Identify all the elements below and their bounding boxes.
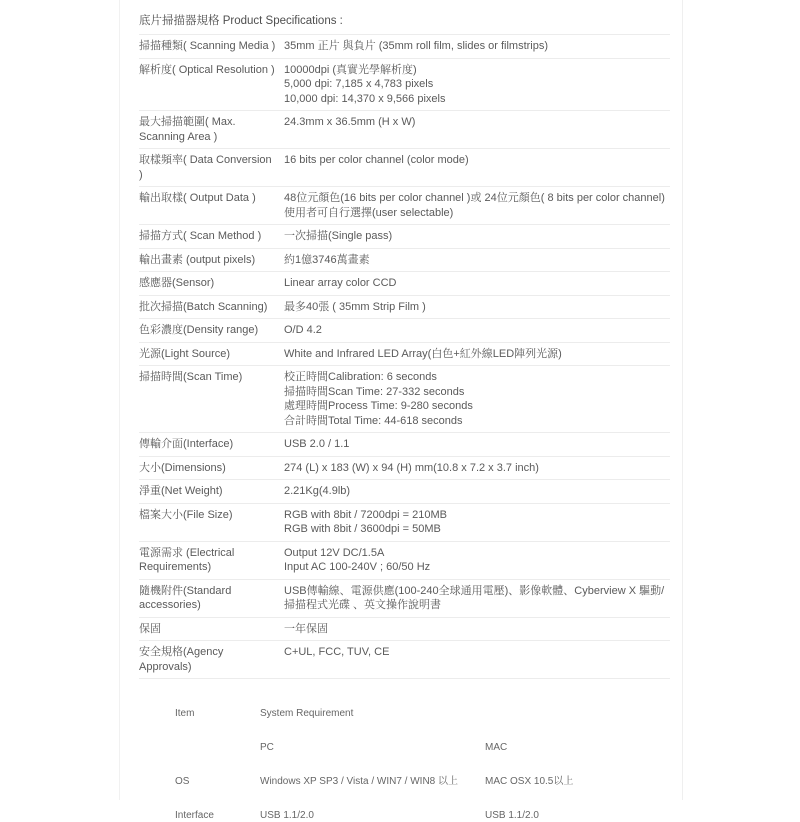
- sysreq-row: Item System Requirement: [139, 707, 670, 720]
- spec-label: 電源需求 (Electrical Requirements): [139, 546, 284, 575]
- spec-value: Linear array color CCD: [284, 276, 670, 291]
- spec-label: 掃描方式( Scan Method ): [139, 229, 284, 244]
- spec-value: Output 12V DC/1.5A Input AC 100-240V ; 6…: [284, 546, 670, 575]
- sysreq-cell-pc: Windows XP SP3 / Vista / WIN7 / WIN8 以上: [260, 775, 485, 788]
- spec-row: 掃描種類( Scanning Media ) 35mm 正片 與負片 (35mm…: [139, 35, 670, 59]
- spec-value: 一年保固: [284, 622, 670, 637]
- spec-row: 感應器(Sensor) Linear array color CCD: [139, 272, 670, 296]
- spec-value: USB傳輸線、電源供應(100-240全球通用電壓)、影像軟體、Cybervie…: [284, 584, 670, 613]
- sysreq-row: PC MAC: [139, 741, 670, 754]
- spec-label: 感應器(Sensor): [139, 276, 284, 291]
- product-specifications-panel: 底片掃描器規格 Product Specifications : 掃描種類( S…: [119, 0, 683, 800]
- spec-row: 檔案大小(File Size) RGB with 8bit / 7200dpi …: [139, 504, 670, 542]
- spec-value: O/D 4.2: [284, 323, 670, 338]
- spec-value: 最多40張 ( 35mm Strip Film ): [284, 300, 670, 315]
- spec-label: 大小(Dimensions): [139, 461, 284, 476]
- spec-label: 色彩濃度(Density range): [139, 323, 284, 338]
- spec-value: 274 (L) x 183 (W) x 94 (H) mm(10.8 x 7.2…: [284, 461, 670, 476]
- spec-row: 批次掃描(Batch Scanning) 最多40張 ( 35mm Strip …: [139, 296, 670, 320]
- sysreq-cell-pc: PC: [260, 741, 485, 754]
- spec-value: 35mm 正片 與負片 (35mm roll film, slides or f…: [284, 39, 670, 54]
- sysreq-row: OS Windows XP SP3 / Vista / WIN7 / WIN8 …: [139, 775, 670, 788]
- spec-value: USB 2.0 / 1.1: [284, 437, 670, 452]
- spec-value: 一次掃描(Single pass): [284, 229, 670, 244]
- spec-row: 淨重(Net Weight) 2.21Kg(4.9lb): [139, 480, 670, 504]
- spec-row: 隨機附件(Standard accessories) USB傳輸線、電源供應(1…: [139, 580, 670, 618]
- spec-label: 最大掃描範圍( Max. Scanning Area ): [139, 115, 284, 144]
- spec-row: 保固 一年保固: [139, 618, 670, 642]
- spec-row: 解析度( Optical Resolution ) 10000dpi (真實光學…: [139, 59, 670, 112]
- spec-value: 24.3mm x 36.5mm (H x W): [284, 115, 670, 130]
- spec-row: 輸出取樣( Output Data ) 48位元顏色(16 bits per c…: [139, 187, 670, 225]
- sysreq-cell-mac: [485, 707, 670, 720]
- spec-label: 淨重(Net Weight): [139, 484, 284, 499]
- sysreq-cell-mac: MAC: [485, 741, 670, 754]
- spec-label: 光源(Light Source): [139, 347, 284, 362]
- system-requirements-table: Item System Requirement PC MAC OS Window…: [139, 707, 670, 800]
- sysreq-cell-item: Item: [175, 707, 260, 720]
- spec-row: 安全規格(Agency Approvals) C+UL, FCC, TUV, C…: [139, 641, 670, 679]
- spec-label: 傳輸介面(Interface): [139, 437, 284, 452]
- spec-value: 10000dpi (真實光學解析度) 5,000 dpi: 7,185 x 4,…: [284, 63, 670, 107]
- spec-value: RGB with 8bit / 7200dpi = 210MB RGB with…: [284, 508, 670, 537]
- spec-label: 輸出取樣( Output Data ): [139, 191, 284, 206]
- spec-row: 掃描時間(Scan Time) 校正時間Calibration: 6 secon…: [139, 366, 670, 433]
- spec-row: 輸出畫素 (output pixels) 約1億3746萬畫素: [139, 249, 670, 273]
- spec-value: 48位元顏色(16 bits per color channel )或 24位元…: [284, 191, 670, 220]
- spec-table-body: 掃描種類( Scanning Media ) 35mm 正片 與負片 (35mm…: [139, 35, 670, 679]
- spec-label: 掃描種類( Scanning Media ): [139, 39, 284, 54]
- sysreq-cell-item: [175, 741, 260, 754]
- spec-row: 光源(Light Source) White and Infrared LED …: [139, 343, 670, 367]
- sysreq-cell-pc: System Requirement: [260, 707, 485, 720]
- spec-value: White and Infrared LED Array(白色+紅外線LED陣列…: [284, 347, 670, 362]
- spec-table: 掃描種類( Scanning Media ) 35mm 正片 與負片 (35mm…: [139, 35, 670, 679]
- spec-label: 輸出畫素 (output pixels): [139, 253, 284, 268]
- spec-value: C+UL, FCC, TUV, CE: [284, 645, 670, 660]
- spec-label: 批次掃描(Batch Scanning): [139, 300, 284, 315]
- spec-row: 傳輸介面(Interface) USB 2.0 / 1.1: [139, 433, 670, 457]
- spec-label: 隨機附件(Standard accessories): [139, 584, 284, 613]
- page-title: 底片掃描器規格 Product Specifications :: [139, 0, 670, 35]
- spec-label: 取樣頻率( Data Conversion ): [139, 153, 284, 182]
- spec-row: 取樣頻率( Data Conversion ) 16 bits per colo…: [139, 149, 670, 187]
- spec-value: 約1億3746萬畫素: [284, 253, 670, 268]
- spec-row: 色彩濃度(Density range) O/D 4.2: [139, 319, 670, 343]
- spec-value: 2.21Kg(4.9lb): [284, 484, 670, 499]
- spec-value: 16 bits per color channel (color mode): [284, 153, 670, 168]
- spec-row: 最大掃描範圍( Max. Scanning Area ) 24.3mm x 36…: [139, 111, 670, 149]
- sysreq-table-body: Item System Requirement PC MAC OS Window…: [139, 707, 670, 800]
- spec-label: 檔案大小(File Size): [139, 508, 284, 523]
- sysreq-cell-mac: MAC OSX 10.5以上: [485, 775, 670, 788]
- sysreq-cell-item: OS: [175, 775, 260, 788]
- spec-label: 掃描時間(Scan Time): [139, 370, 284, 385]
- spec-label: 安全規格(Agency Approvals): [139, 645, 284, 674]
- spec-label: 解析度( Optical Resolution ): [139, 63, 284, 78]
- spec-row: 掃描方式( Scan Method ) 一次掃描(Single pass): [139, 225, 670, 249]
- spec-label: 保固: [139, 622, 284, 637]
- spec-row: 大小(Dimensions) 274 (L) x 183 (W) x 94 (H…: [139, 457, 670, 481]
- spec-value: 校正時間Calibration: 6 seconds 掃描時間Scan Time…: [284, 370, 670, 428]
- spec-row: 電源需求 (Electrical Requirements) Output 12…: [139, 542, 670, 580]
